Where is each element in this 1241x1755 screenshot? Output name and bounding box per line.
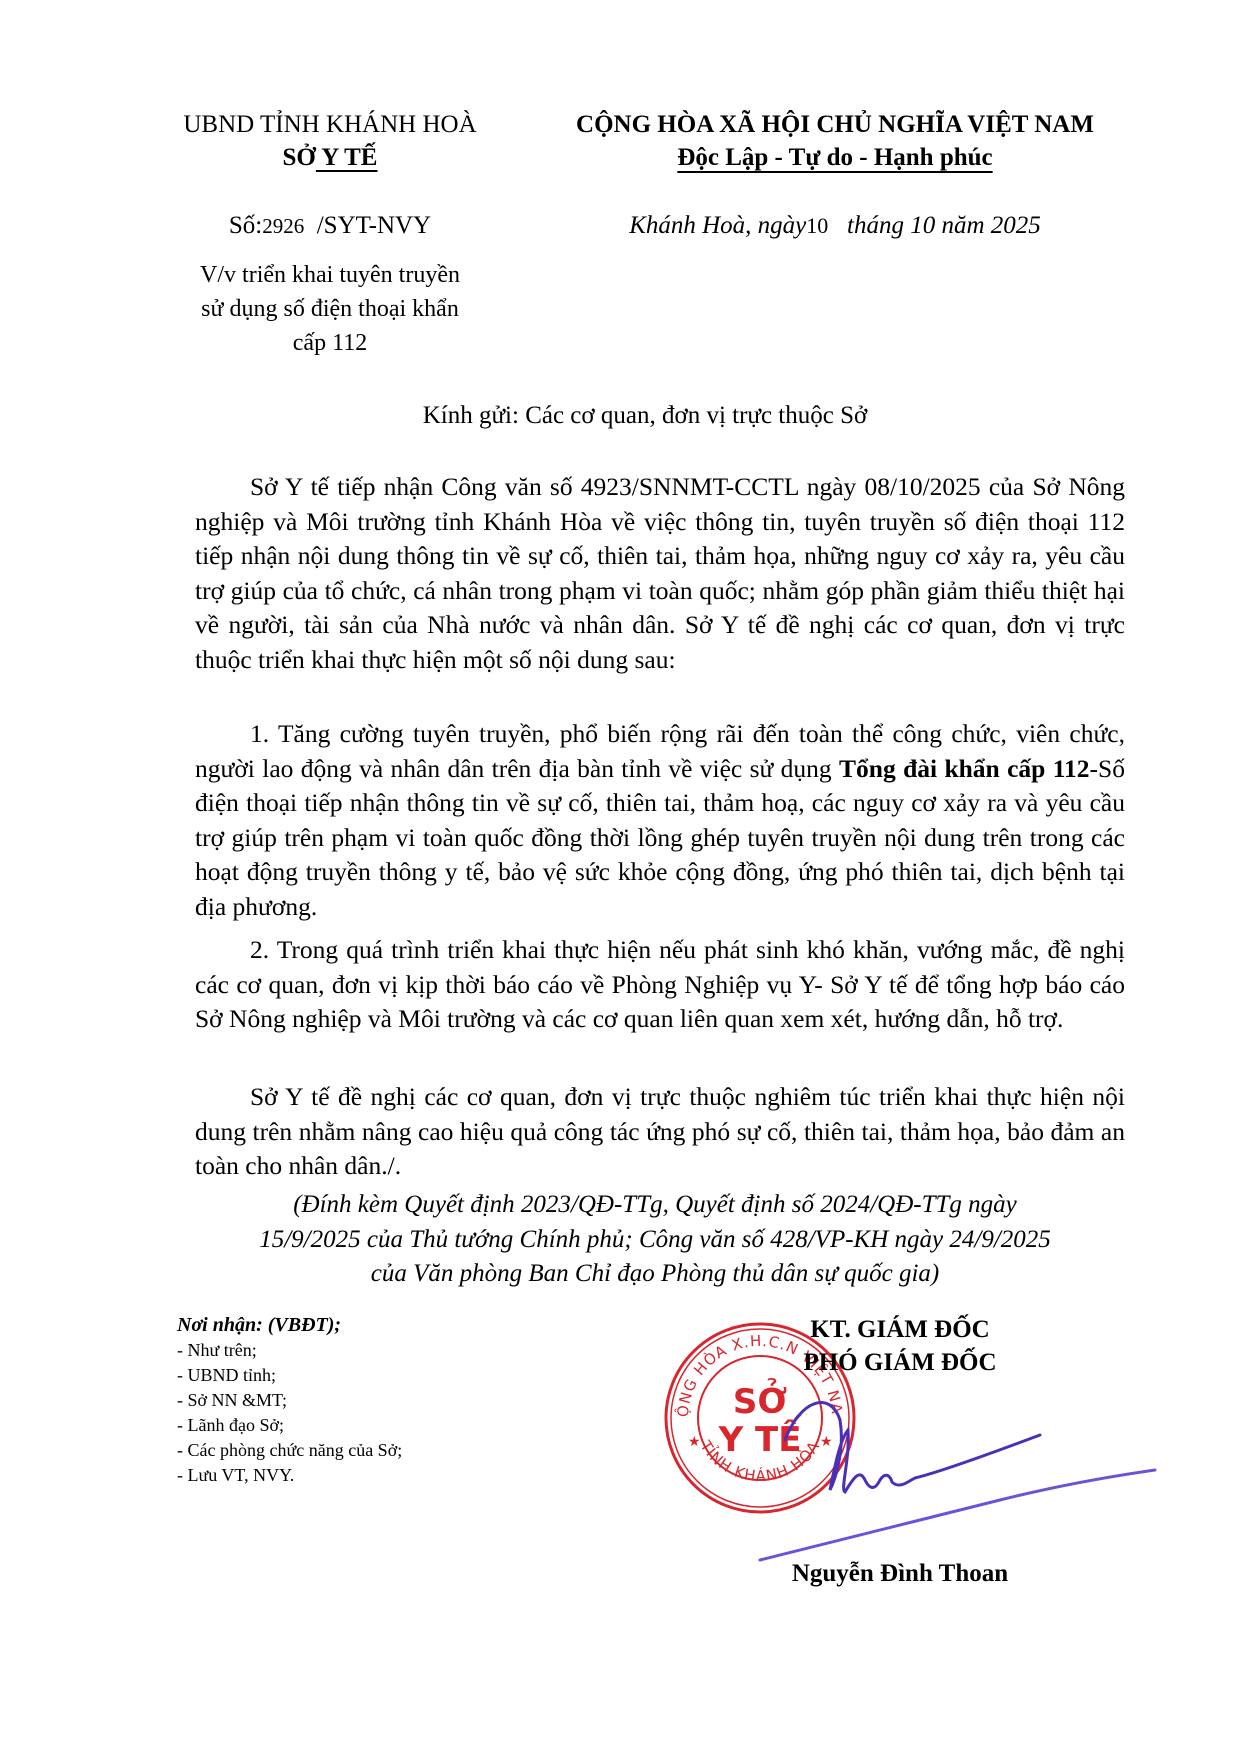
body-paragraph-intro: Sở Y tế tiếp nhận Công văn số 4923/SNNMT… [195, 470, 1125, 677]
signature-title-line: PHÓ GIÁM ĐỐC [730, 1346, 1070, 1379]
issuing-agency-prefix: SỞ [283, 144, 316, 171]
recipient-item: - Như trên; [177, 1338, 597, 1363]
paragraph-text: Sở Y tế tiếp nhận Công văn số 4923/SNNMT… [195, 470, 1125, 677]
recipients-block: Nơi nhận: (VBĐT); - Như trên; - UBND tỉn… [177, 1313, 597, 1488]
paragraph-text: 2. Trong quá trình triển khai thực hiện … [195, 933, 1125, 1037]
doc-number-value: 2926 [262, 214, 304, 238]
paragraph-text: 1. Tăng cường tuyên truyền, phổ biến rộn… [195, 717, 1125, 924]
document-subject: V/v triển khai tuyên truyền sử dụng số đ… [160, 258, 500, 360]
signature-title-block: KT. GIÁM ĐỐC PHÓ GIÁM ĐỐC [730, 1313, 1070, 1379]
national-header-block: CỘNG HÒA XÃ HỘI CHỦ NGHĨA VIỆT NAM Độc L… [540, 108, 1130, 174]
greeting: Kính gửi: Các cơ quan, đơn vị trực thuộc… [160, 402, 1130, 430]
subject-line: cấp 112 [160, 326, 500, 360]
handwritten-signature-icon [740, 1380, 1160, 1580]
date-line: Khánh Hoà, ngày10 tháng 10 năm 2025 [540, 212, 1130, 240]
issuing-agency: SỞ Y TẾ [160, 141, 500, 174]
recipient-item: - Các phòng chức năng của Sở; [177, 1438, 597, 1463]
parent-agency: UBND TỈNH KHÁNH HOÀ [160, 108, 500, 141]
body-paragraph-item-1: 1. Tăng cường tuyên truyền, phổ biến rộn… [195, 717, 1125, 924]
recipient-item: - UBND tỉnh; [177, 1363, 597, 1388]
subject-line: V/v triển khai tuyên truyền [160, 258, 500, 292]
document-number: Số:2926 /SYT-NVY [160, 212, 500, 240]
date-place: Khánh Hoà, ngày [629, 212, 806, 239]
hotline-emphasis: Tổng đài khẩn cấp 112 [839, 754, 1090, 783]
date-month-year: tháng 10 năm 2025 [847, 212, 1041, 239]
body-paragraph-item-2: 2. Trong quá trình triển khai thực hiện … [195, 933, 1125, 1037]
national-motto: Độc Lập - Tự do - Hạnh phúc [540, 141, 1130, 174]
recipient-item: - Sở NN &MT; [177, 1388, 597, 1413]
nation-title: CỘNG HÒA XÃ HỘI CHỦ NGHĨA VIỆT NAM [540, 108, 1130, 141]
body-paragraph-closing: Sở Y tế đề nghị các cơ quan, đơn vị trực… [195, 1080, 1125, 1184]
attachment-line: của Văn phòng Ban Chỉ đạo Phòng thủ dân … [180, 1257, 1130, 1292]
attachment-note: (Đính kèm Quyết định 2023/QĐ-TTg, Quyết … [180, 1188, 1130, 1292]
paragraph-text: Sở Y tế đề nghị các cơ quan, đơn vị trực… [195, 1080, 1125, 1184]
signature-title-line: KT. GIÁM ĐỐC [730, 1313, 1070, 1346]
doc-number-suffix: /SYT-NVY [317, 212, 431, 239]
doc-number-label: Số: [229, 212, 262, 239]
recipients-title: Nơi nhận: (VBĐT); [177, 1313, 597, 1338]
issuing-agency-underlined: Y TẾ [316, 144, 378, 171]
date-day: 10 [806, 213, 828, 238]
issuing-agency-block: UBND TỈNH KHÁNH HOÀ SỞ Y TẾ [160, 108, 500, 174]
recipient-item: - Lãnh đạo Sở; [177, 1413, 597, 1438]
recipients-list: - Như trên; - UBND tỉnh; - Sở NN &MT; - … [177, 1338, 597, 1488]
attachment-line: 15/9/2025 của Thủ tướng Chính phủ; Công … [180, 1223, 1130, 1258]
recipient-item: - Lưu VT, NVY. [177, 1463, 597, 1488]
attachment-line: (Đính kèm Quyết định 2023/QĐ-TTg, Quyết … [180, 1188, 1130, 1223]
svg-text:★: ★ [688, 1434, 701, 1450]
signer-name: Nguyễn Đình Thoan [730, 1560, 1070, 1588]
subject-line: sử dụng số điện thoại khẩn [160, 292, 500, 326]
